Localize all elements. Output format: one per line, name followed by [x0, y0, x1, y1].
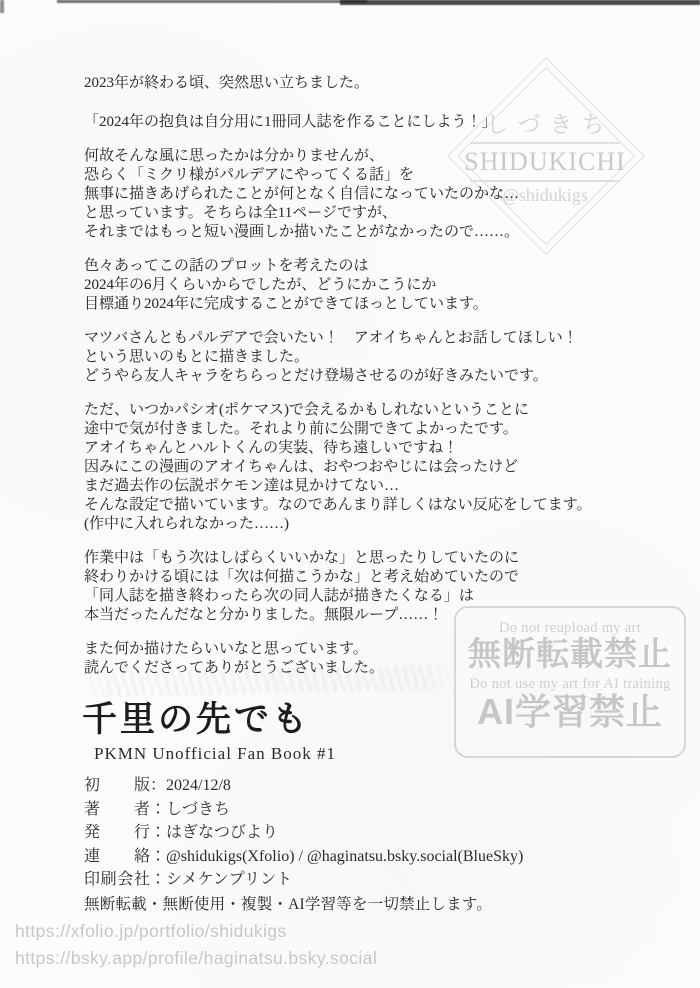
- afterword-line: 作業中は「もう次はしばらくいいかな」と思ったりしていたのに: [84, 549, 624, 568]
- afterword-text: 2023年が終わる頃、突然思い立ちました。「2024年の抱負は自分用に1冊同人誌…: [84, 74, 624, 693]
- colophon-row: 印刷会社：シメケンプリント: [84, 868, 664, 892]
- colophon-label: 初版: [84, 774, 150, 798]
- colophon-label: 印刷会社: [84, 868, 150, 892]
- afterword-paragraph: 2023年が終わる頃、突然思い立ちました。: [84, 74, 624, 93]
- afterword-line: と思っています。そちらは全11ページですが、: [84, 204, 624, 223]
- afterword-line: 目標通り2024年に完成することができてほっとしています。: [84, 295, 624, 314]
- footer-url: https://xfolio.jp/portfolio/shidukigs: [15, 918, 377, 945]
- colophon-separator: ：: [150, 777, 166, 794]
- book-title: 千里の先でも: [82, 692, 310, 742]
- afterword-line: 無事に描きあげられたことが何となく自信になっていたのかな…: [84, 185, 624, 204]
- colophon-value: @shidukigs(Xfolio) / @haginatsu.bsky.soc…: [166, 848, 523, 865]
- colophon-row: 連絡：@shidukigs(Xfolio) / @haginatsu.bsky.…: [84, 845, 664, 869]
- colophon-value: しづきち: [166, 801, 230, 818]
- afterword-paragraph: マツバさんともパルデアで会いたい！ アオイちゃんとお話してほしい！という思いのも…: [84, 329, 624, 386]
- footer-links: https://xfolio.jp/portfolio/shidukigshtt…: [15, 918, 377, 971]
- colophon-entries: 初版：2024/12/8著者：しづきち発行：はぎなつびより連絡：@shiduki…: [84, 774, 664, 892]
- afterword-paragraph: 「2024年の抱負は自分用に1冊同人誌を作ることにしよう！」: [84, 113, 624, 132]
- afterword-line: それまではもっと短い漫画しか描いたことがなかったので……。: [84, 223, 624, 242]
- afterword-line: 終わりかける頃には「次は何描こうかな」と考え始めていたので: [84, 568, 624, 587]
- afterword-line: 「同人誌を描き終わったら次の同人誌が描きたくなる」は: [84, 587, 624, 606]
- colophon-separator: ：: [150, 848, 166, 865]
- colophon-label: 発行: [84, 821, 150, 845]
- afterword-line: (作中に入れられなかった……): [84, 515, 624, 534]
- no-reupload-text-jp: 無断転載禁止: [456, 637, 684, 671]
- afterword-paragraph: ただ、いつかパシオ(ポケマス)で会えるかもしれないということに途中で気が付きまし…: [84, 401, 624, 534]
- afterword-line: マツバさんともパルデアで会いたい！ アオイちゃんとお話してほしい！: [84, 329, 624, 348]
- no-ai-training-text-jp: AI学習禁止: [456, 693, 684, 730]
- afterword-paragraph: 何故そんな風に思ったかは分かりませんが、恐らく「ミクリ様がパルデアにやってくる話…: [84, 147, 624, 242]
- usage-notice-stamp: Do not reupload my art 無断転載禁止 Do not use…: [454, 606, 686, 758]
- afterword-line: ただ、いつかパシオ(ポケマス)で会えるかもしれないということに: [84, 401, 624, 420]
- scanned-afterword-page: しづきち SHIDUKICHI @shidukigs 2023年が終わる頃、突然…: [0, 0, 700, 988]
- afterword-line: アオイちゃんとハルトくんの実装、待ち遠しいですね！: [84, 439, 624, 458]
- afterword-line: 恐らく「ミクリ様がパルデアにやってくる話」を: [84, 166, 624, 185]
- afterword-line: 「2024年の抱負は自分用に1冊同人誌を作ることにしよう！」: [84, 113, 624, 132]
- afterword-line: 何故そんな風に思ったかは分かりませんが、: [84, 147, 624, 166]
- scan-edge-artifact: [57, 0, 367, 3]
- colophon-value: シメケンプリント: [166, 871, 292, 888]
- afterword-line: そんな設定で描いています。なのであんまり詳しくはない反応をしてます。: [84, 496, 624, 515]
- colophon-value: 2024/12/8: [166, 777, 231, 794]
- colophon-label: 連絡: [84, 845, 150, 869]
- rights-notice: 無断転載・無断使用・複製・AI学習等を一切禁止します。: [84, 892, 492, 914]
- afterword-line: 途中で気が付きました。それより前に公開できてよかったです。: [84, 420, 624, 439]
- afterword-line: どうやら友人キャラをちらっとだけ登場させるのが好きみたいです。: [84, 367, 624, 386]
- colophon-separator: ：: [150, 824, 166, 841]
- afterword-line: 色々あってこの話のプロットを考えたのは: [84, 257, 624, 276]
- scan-edge-artifact: [0, 0, 4, 13]
- afterword-paragraph: 色々あってこの話のプロットを考えたのは2024年の6月くらいからでしたが、どうに…: [84, 257, 624, 314]
- afterword-line: 因みにこの漫画のアオイちゃんは、おやつおやじには会ったけど: [84, 458, 624, 477]
- colophon-separator: ：: [150, 871, 166, 888]
- colophon-row: 著者：しづきち: [84, 798, 664, 822]
- colophon-label: 著者: [84, 798, 150, 822]
- afterword-line: という思いのもとに描きました。: [84, 348, 624, 367]
- afterword-line: 2023年が終わる頃、突然思い立ちました。: [84, 74, 624, 93]
- colophon-separator: ：: [150, 801, 166, 818]
- afterword-line: まだ過去作の伝説ポケモン達は見かけてない…: [84, 477, 624, 496]
- book-subtitle: PKMN Unofficial Fan Book #1: [94, 744, 336, 764]
- colophon-value: はぎなつびより: [166, 824, 278, 841]
- footer-url: https://bsky.app/profile/haginatsu.bsky.…: [15, 945, 377, 972]
- scan-edge-artifact: [340, 0, 700, 5]
- colophon-row: 初版：2024/12/8: [84, 774, 664, 798]
- afterword-line: 2024年の6月くらいからでしたが、どうにかこうにか: [84, 276, 624, 295]
- colophon-row: 発行：はぎなつびより: [84, 821, 664, 845]
